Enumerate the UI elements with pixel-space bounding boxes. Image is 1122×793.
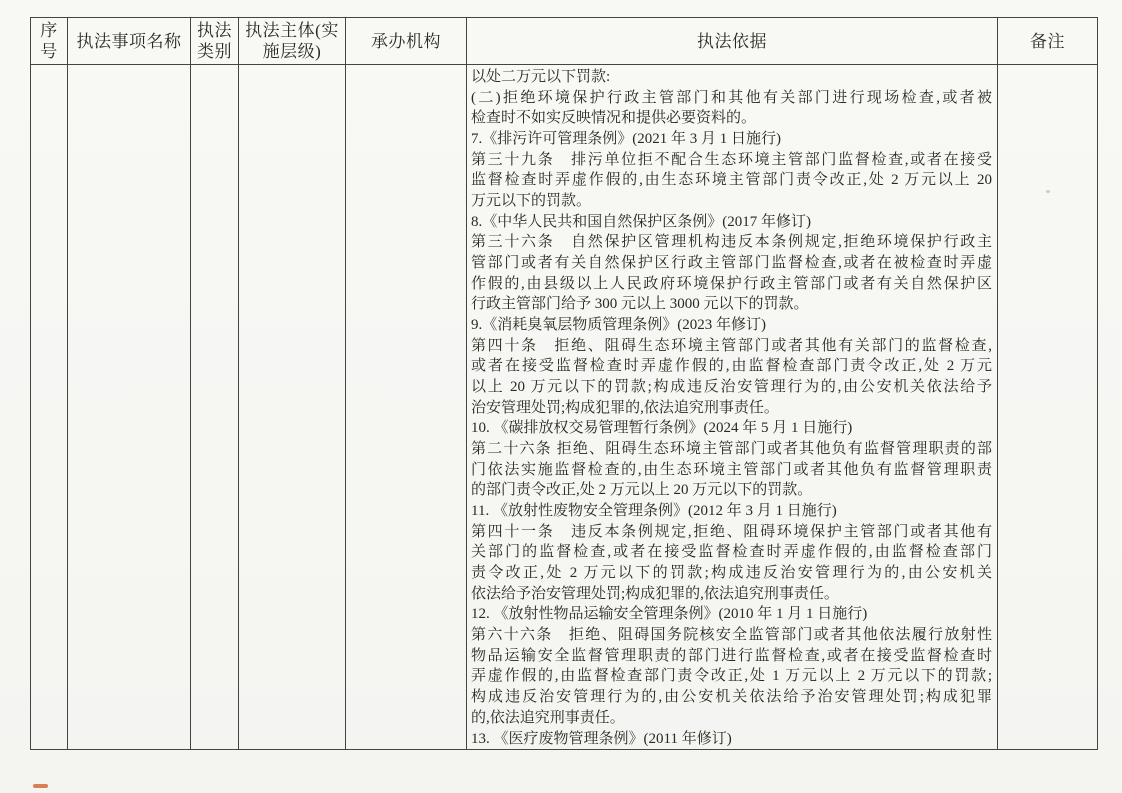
legal-basis-line: 7.《排污许可管理条例》(2021 年 3 月 1 日施行) [471,129,992,150]
legal-basis-line: 8.《中华人民共和国自然保护区条例》(2017 年修订) [471,212,992,233]
cell-enforcement-entity [239,65,346,750]
legal-basis-line: 依法给予治安管理处罚;构成犯罪的,依法追究刑事责任。 [471,584,992,605]
legal-basis-line: 门依法实施监督检查的,由生态环境主管部门或者其他负有监督管理职责 [471,460,992,481]
legal-basis-text: 以处二万元以下罚款:(二)拒绝环境保护行政主管部门和其他有关部门进行现场检查,或… [471,67,992,749]
legal-basis-line: 的,依法追究刑事责任。 [471,708,992,729]
pen-mark-artifact [33,784,48,788]
cell-undertaking-org [346,65,467,750]
legal-basis-line: (二)拒绝环境保护行政主管部门和其他有关部门进行现场检查,或者被 [471,88,992,109]
legal-basis-line: 治安管理处罚;构成犯罪的,依法追究刑事责任。 [471,398,992,419]
legal-basis-line: 以处二万元以下罚款: [471,67,992,88]
legal-basis-line: 11. 《放射性废物安全管理条例》(2012 年 3 月 1 日施行) [471,501,992,522]
legal-basis-line: 9.《消耗臭氧层物质管理条例》(2023 年修订) [471,315,992,336]
column-header-serial-number: 序 号 [31,18,68,65]
table-header-row: 序 号 执法事项名称 执法 类别 执法主体(实 施层级) 承办机构 执法依据 备… [31,18,1098,65]
column-header-undertaking-org: 承办机构 [346,18,467,65]
cell-category [191,65,239,750]
enforcement-items-table: 序 号 执法事项名称 执法 类别 执法主体(实 施层级) 承办机构 执法依据 备… [30,17,1098,750]
scan-smudge-artifact [1046,190,1050,193]
legal-basis-line: 第三十六条 自然保护区管理机构违反本条例规定,拒绝环境保护行政主 [471,232,992,253]
legal-basis-line: 构成违反治安管理行为的,由公安机关依法给予治安管理处罚;构成犯罪 [471,687,992,708]
legal-basis-line: 万元以下的罚款。 [471,191,992,212]
legal-basis-line: 第二十六条 拒绝、阻碍生态环境主管部门或者其他负有监督管理职责的部 [471,439,992,460]
cell-item-name [68,65,191,750]
column-header-enforcement-entity: 执法主体(实 施层级) [239,18,346,65]
column-header-category: 执法 类别 [191,18,239,65]
legal-basis-line: 检查时不如实反映情况和提供必要资料的。 [471,108,992,129]
legal-basis-line: 管部门或者有关自然保护区行政主管部门监督检查,或者在被检查时弄虚 [471,253,992,274]
table-row: 以处二万元以下罚款:(二)拒绝环境保护行政主管部门和其他有关部门进行现场检查,或… [31,65,1098,750]
legal-basis-line: 关部门的监督检查,或者在接受监督检查时弄虚作假的,由监督检查部门 [471,542,992,563]
legal-basis-line: 弄虚作假的,由监督检查部门责令改正,处 1 万元以上 2 万元以下的罚款; [471,666,992,687]
legal-basis-line: 第六十六条 拒绝、阻碍国务院核安全监管部门或者其他依法履行放射性 [471,625,992,646]
column-header-legal-basis: 执法依据 [467,18,998,65]
legal-basis-line: 的部门责令改正,处 2 万元以上 20 万元以下的罚款。 [471,480,992,501]
legal-basis-line: 或者在接受监督检查时弄虚作假的,由监督检查部门责令改正,处 2 万元 [471,356,992,377]
column-header-remarks: 备注 [998,18,1098,65]
scanned-page: 序 号 执法事项名称 执法 类别 执法主体(实 施层级) 承办机构 执法依据 备… [0,0,1122,793]
legal-basis-line: 责令改正,处 2 万元以下的罚款;构成违反治安管理行为的,由公安机关 [471,563,992,584]
legal-basis-line: 第四十一条 违反本条例规定,拒绝、阻碍环境保护主管部门或者其他有 [471,522,992,543]
cell-legal-basis: 以处二万元以下罚款:(二)拒绝环境保护行政主管部门和其他有关部门进行现场检查,或… [467,65,998,750]
legal-basis-line: 第三十九条 排污单位拒不配合生态环境主管部门监督检查,或者在接受 [471,150,992,171]
legal-basis-line: 行政主管部门给予 300 元以上 3000 元以下的罚款。 [471,294,992,315]
legal-basis-line: 12. 《放射性物品运输安全管理条例》(2010 年 1 月 1 日施行) [471,604,992,625]
cell-remarks [998,65,1098,750]
legal-basis-line: 13. 《医疗废物管理条例》(2011 年修订) [471,729,992,750]
legal-basis-line: 监督检查时弄虚作假的,由生态环境主管部门责令改正,处 2 万元以上 20 [471,170,992,191]
legal-basis-line: 10. 《碳排放权交易管理暂行条例》(2024 年 5 月 1 日施行) [471,418,992,439]
legal-basis-line: 物品运输安全监督管理职责的部门进行监督检查,或者在接受监督检查时 [471,646,992,667]
legal-basis-line: 作假的,由县级以上人民政府环境保护行政主管部门或者有关自然保护区 [471,274,992,295]
cell-serial-number [31,65,68,750]
legal-basis-line: 以上 20 万元以下的罚款;构成违反治安管理行为的,由公安机关依法给予 [471,377,992,398]
legal-basis-line: 第四十条 拒绝、阻碍生态环境主管部门或者其他有关部门的监督检查, [471,336,992,357]
column-header-item-name: 执法事项名称 [68,18,191,65]
